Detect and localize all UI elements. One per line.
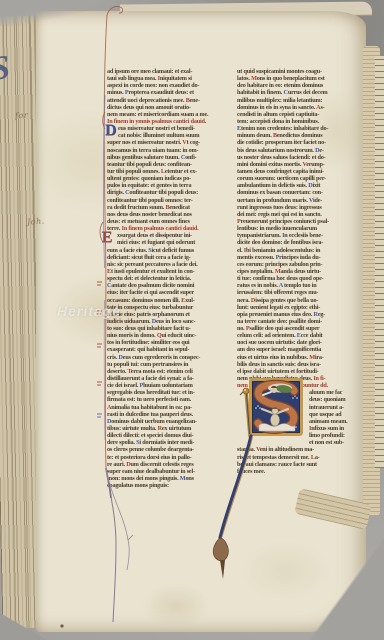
margin-note: for (15, 111, 29, 121)
text-line: pulos in equitate: et gentes in terra (107, 182, 231, 189)
text-line: dominus in eis in syna in sancto. As- (237, 104, 364, 111)
text-line: confiteantur tibi populi omnes: ter- (107, 197, 231, 204)
text-line: ris: et tempestas demersit me. La- (237, 454, 364, 461)
text-line: dicite deo domino: de fontibus isra- (237, 239, 364, 246)
text-line: minus. Propterea exaudiuit deus: et (107, 89, 231, 96)
text-line: distillauerunt a facie dei synai: a fa- (107, 375, 231, 382)
text-line: dirigis. Confiteantur tibi populi deus: (107, 189, 231, 196)
text-line: tibus: uirtute multa. Rex uirtutum (107, 425, 231, 432)
text-line: latos. Mons in quo beneplacitum est (237, 75, 364, 82)
text-line: el ipse dabit uirtutem et fortitudi- (237, 368, 364, 375)
text-line: nem meam: et misericordiam suam a me. (107, 111, 231, 118)
text-line: mini domini exitus mortis. Verump- (237, 161, 364, 168)
text-line: super nos et misereatur nostri. Vt cog- (107, 139, 231, 146)
text-line: eius: iter facite ei qui ascendit super (107, 289, 231, 296)
text-line: dere spolia. Si dormiatis inter medi- (107, 439, 231, 446)
text-line: ultent gentes: quoniam iudicas po- (107, 175, 231, 182)
text-line: aspexi in corde meo: non exaudiet do- (107, 82, 231, 89)
text-line: no. Psallite deo qui ascendit super (237, 325, 364, 332)
text-line: ti tue: confirma hoc deus quod ope- (237, 275, 364, 282)
text-line: tympanistriarum. In ecclesiis bene- (237, 232, 364, 239)
text-line: nera. Dissipa gentes que bella uo- (237, 297, 364, 304)
text-line: Dominus dabit uerbum euangelizan- (107, 418, 231, 425)
text-line: ra dedit fructum suum. Benedicat (107, 204, 231, 211)
text-line: us noster deus saluos faciendi: et do- (237, 154, 364, 161)
text-line: tos in fortitudine: similiter eos qui (107, 339, 231, 346)
text-line: segregabis deus hereditati tue: et in- (107, 389, 231, 396)
text-line: taui sub lingua mea. Iniquitatem si (107, 75, 231, 82)
text-line: exasperant: qui habitant in sepul- (107, 346, 231, 353)
text-line: nos deus deus noster benedicat nos (107, 211, 231, 218)
text-line: rasti in dulcedine tua pauperi deus. (107, 411, 231, 418)
text-line: teantur tibi populi deus: confitean- (107, 161, 231, 168)
background-corner-bottom-left (0, 610, 52, 640)
text-line: nis: sic pereant peccatores a facie dei. (107, 261, 231, 268)
text-line: terre. In finem psalmus cantici dauid. (107, 225, 231, 232)
text-line: corum suorum: uerticem capilli per- (237, 175, 364, 182)
text-line: eius et uirtus eius in nubibus. Mira- (237, 354, 364, 361)
text-line: xsurgat deus et dissipentur ini- (107, 232, 231, 239)
text-line: cie dei israel. Pluuiam uoluntariam (107, 382, 231, 389)
text-line: na terre cantate deo: psallite domi- (237, 318, 364, 325)
text-line: am deo super israel: magnificentia (237, 346, 364, 353)
text-line: deserto. Terra mota est: etenim celi (107, 368, 231, 375)
text-line: Etenim non credentes: inhabitare do- (237, 125, 364, 132)
text-line: attendit uoci deprecationis mee. Bene- (107, 97, 231, 104)
stock-photo-watermark: Heritage (57, 303, 121, 319)
text-line: die cotidie: prosperum iter faciet no- (237, 139, 364, 146)
text-line: cat nobis: illuminet uultum suum (107, 132, 231, 139)
text-line: Animalia tua habitabunt in ea: pa- (107, 404, 231, 411)
text-line: nius moris in domo. Qui educit uinc- (107, 332, 231, 339)
text-line: fauces mee. (237, 468, 364, 475)
text-line: uoci sue uocem uirtutis: date glori- (237, 339, 364, 346)
background-corner-top-left (0, 0, 120, 26)
text-line: occasum: dominus nomen illi. Exul- (107, 297, 231, 304)
versal-initial-blue: D (105, 124, 116, 138)
text-line: dilecti dilecti: et speciei domus diui- (107, 432, 231, 439)
text-line: opia preueniet manus eius deo. Reg- (237, 311, 364, 318)
text-line: dei mei: regis mei qui est in sancto. (237, 211, 364, 218)
text-line: ierusalem: tibi offerent reges mu- (237, 289, 364, 296)
text-line: ratus es in nobis. A templo tuo in (237, 282, 364, 289)
text-line: lentibus: in medio iuuencularum (237, 225, 364, 232)
text-line: minum deum. Benedictus dominus (237, 132, 364, 139)
margin-note: Joh. (27, 216, 45, 226)
text-line: ut quid suspicamini montes coagu- (237, 68, 364, 75)
text-line: deus: et metuant eum omnes fines (107, 218, 231, 225)
text-line: re auri. Dum discernit celestis reges (107, 461, 231, 468)
text-line: coagulatus mons pinguis: (107, 482, 231, 489)
text-line: mon: mons dei mons pinguis. Mons (107, 475, 231, 482)
text-line: dominus ex basan conuertam: con- (237, 189, 364, 196)
text-line: noscamus in terra uiam tuam: in om- (107, 147, 231, 154)
text-line: nibus gentibus salutare tuum. Confi- (107, 154, 231, 161)
text-line: a facie eius: patris orphanorum et (107, 311, 231, 318)
background-corner-bottom-right (298, 522, 384, 640)
text-line: mici eius: et fugiant qui oderunt (107, 239, 231, 246)
text-line: Cantate deo psalmum dicite nomini (107, 282, 231, 289)
text-line: cendisti in altum cepisti captiuita- (237, 111, 364, 118)
text-line: milibus multiplex: milia letantium: (237, 97, 364, 104)
text-line: eum a facie eius. Sicut deficit fumus (107, 247, 231, 254)
text-line: to suo: deus qui inhabitare facit u- (107, 325, 231, 332)
text-line: tem: accepisti dona in hominibus. (237, 118, 364, 125)
historiated-initial-S: S (249, 378, 303, 436)
text-line: ambulantium in delictis suis. Dixit (237, 182, 364, 189)
text-line: eus misereatur nostri et benedi- (107, 125, 231, 132)
text-line: et non est sub- (237, 439, 364, 446)
text-line: tate in conspectu eius: turbabuntur (107, 304, 231, 311)
text-line: deo habitare in eo: etenim dominus (237, 82, 364, 89)
text-line: In finem in ymnis psalmus cantici dauid. (107, 118, 231, 125)
text-line: stantia. Veni in altitudinem ma- (237, 446, 364, 453)
text-line: tamen deus confringet capita inimi- (237, 168, 364, 175)
text-line: te: et posteriora dorsi eius in pallo- (107, 454, 231, 461)
text-line: mentis excessu. Principes iuda du- (237, 254, 364, 261)
facing-page-sliver (375, 56, 384, 468)
text-line: ces eorum: principes zabulon prin- (237, 261, 364, 268)
text-line: tu populi tui: cum pertransires in (107, 361, 231, 368)
text-line: super eam niue dealbabuntur in sel- (107, 468, 231, 475)
text-line: firmata est: tu uero perfecisti eam. (107, 396, 231, 403)
text-line: bis deus salutarium nostrorum. De- (237, 147, 364, 154)
text-line: runt ingressus tuos deus: ingressus (237, 204, 364, 211)
manuscript-photo: D E ad ipsum ore meo clamaui: et exal-ta… (0, 0, 384, 640)
text-line: tur tibi populi omnes. Letentur et ex- (107, 168, 231, 175)
text-line: uertam in profundum maris. Vide- (237, 197, 364, 204)
text-line: dictus deus qui non amouit oratio- (107, 104, 231, 111)
text-line: deficiant: sicut fluit cera a facie ig- (107, 254, 231, 261)
text-line: cipes neptalim. Manda deus uirtu- (237, 268, 364, 275)
text-line: os cleros penne columbe deargenta- (107, 446, 231, 453)
text-line: cris. Deus cum egredereris in conspec- (107, 354, 231, 361)
text-line: habitabit in finem. Currus dei decem (237, 89, 364, 96)
text-line: lunt: uenient legati ex egipto: ethi- (237, 304, 364, 311)
historiated-initial-miniature (249, 378, 303, 436)
text-line: Et iusti epulentur et exultent in con- (107, 268, 231, 275)
text-line: Preuenerunt principes coniuncti psal- (237, 218, 364, 225)
text-line: boraui clamans: rauce facte sunt (237, 461, 364, 468)
text-line: bilis deus in sanctis suis: deus isra- (237, 361, 364, 368)
text-column-left: D E ad ipsum ore meo clamaui: et exal-ta… (107, 68, 231, 489)
text-line: spectu dei: et delectentur in leticia. (107, 275, 231, 282)
text-line: el. Ibi beniamin adolescentulus: in (237, 247, 364, 254)
versal-initial-red: E (102, 231, 112, 245)
text-line: celum celi: ad orientem. Ecce dabit (237, 332, 364, 339)
text-line: iudicis uiduarum. Deus in loco sanc- (107, 318, 231, 325)
text-line: ad ipsum ore meo clamaui: et exal- (107, 68, 231, 75)
